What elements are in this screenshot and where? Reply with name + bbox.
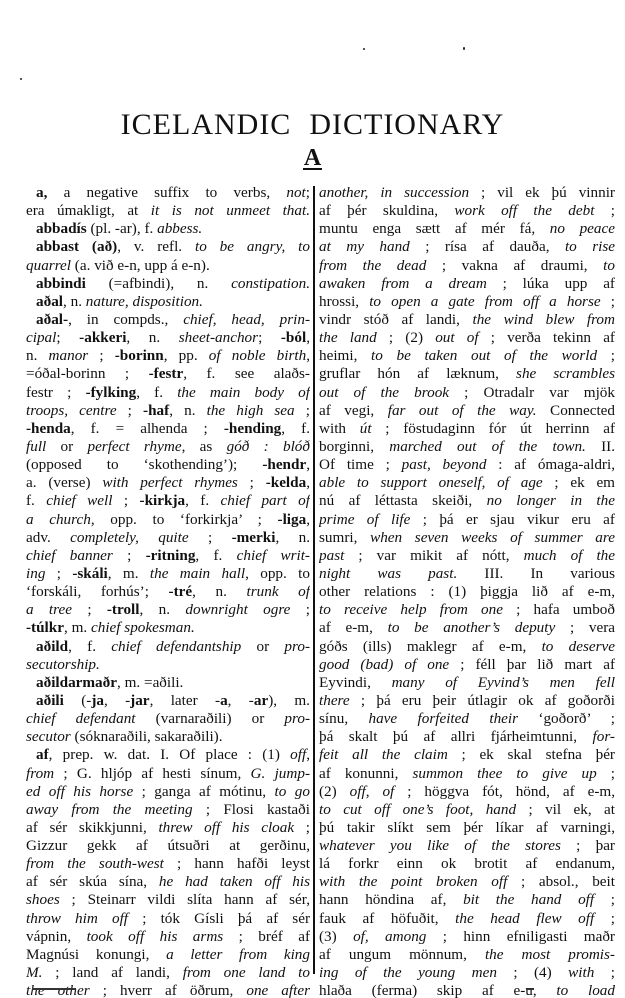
dictionary-line: festr ; -fylking, f. the main body of bbox=[26, 384, 310, 402]
dictionary-line: from the south-west ; hann hafði leyst bbox=[26, 855, 310, 873]
translation: the main hall bbox=[150, 565, 245, 582]
translation: chief, head, prin- bbox=[183, 311, 310, 328]
dictionary-line: at my hand ; rísa af dauða, to rise bbox=[319, 238, 615, 256]
entry-text: , bbox=[306, 474, 310, 491]
entry-text: (- bbox=[64, 692, 91, 709]
translation: góð : blóð bbox=[227, 438, 310, 455]
entry-text: ; bbox=[72, 601, 107, 618]
translation: sheet-anchor bbox=[179, 329, 258, 346]
translation: he had taken off his bbox=[159, 873, 310, 890]
entry-text: , later - bbox=[150, 692, 221, 709]
translation: with the point broken off bbox=[319, 873, 507, 890]
entry-text: ; ganga af mótinu, bbox=[133, 783, 274, 800]
entry-text: ; bbox=[306, 184, 310, 201]
translation: there bbox=[319, 692, 350, 709]
translation: have forfeited their bbox=[368, 710, 518, 727]
entry-text: ; þá er sjau vikur eru af bbox=[410, 511, 615, 528]
dictionary-line: þá skalt þú af allri fjárheimtunni, for- bbox=[319, 728, 615, 746]
translation: to receive help from one bbox=[319, 601, 503, 618]
entry-text: festr ; bbox=[26, 384, 86, 401]
dictionary-line: adv. completely, quite ; -merki, n. bbox=[26, 529, 310, 547]
entry-text: ; (4) bbox=[497, 964, 568, 981]
entry-text: ; ek em bbox=[543, 474, 615, 491]
translation: from the south-west bbox=[26, 855, 164, 872]
translation: prime of life bbox=[319, 511, 410, 528]
entry-text: ; þá eru þeir útlagir ok af goðorði bbox=[350, 692, 615, 709]
dictionary-line: Eyvindi, many of Eyvind’s men fell bbox=[319, 674, 615, 692]
dictionary-line: sínu, have forfeited their ‘goðorð’ ; bbox=[319, 710, 615, 728]
dictionary-line: throw him off ; tók Gísli þá af sér bbox=[26, 910, 310, 928]
page-title: ICELANDICDICTIONARY bbox=[0, 108, 625, 142]
entry-text: gruflar hón af læknum, bbox=[319, 365, 516, 382]
entry-text: , pp. bbox=[164, 347, 209, 364]
headword: a, bbox=[36, 184, 47, 201]
dictionary-line: to cut off one’s foot, hand ; vil ek, at bbox=[319, 801, 615, 819]
entry-text: II. bbox=[586, 438, 615, 455]
dictionary-line: able to support oneself, of age ; ek em bbox=[319, 474, 615, 492]
dictionary-line: ing ; -skáli, m. the main hall, opp. to bbox=[26, 565, 310, 583]
dictionary-line: quarrel (a. við e-n, upp á e-n). bbox=[26, 257, 310, 275]
translation: bit the hand off bbox=[463, 891, 594, 908]
translation: to rise bbox=[565, 238, 615, 255]
translation: for- bbox=[593, 728, 615, 745]
entry-text: ; bbox=[294, 819, 310, 836]
dictionary-line: aðild, f. chief defendantship or pro- bbox=[26, 638, 310, 656]
dictionary-line: from the dead ; vakna af draumi, to bbox=[319, 257, 615, 275]
print-speck bbox=[363, 48, 365, 50]
entry-text: ; bbox=[601, 293, 615, 310]
entry-text: ; (2) bbox=[377, 329, 435, 346]
translation: the main body of bbox=[177, 384, 310, 401]
translation: at my hand bbox=[319, 238, 410, 255]
translation: secutorship. bbox=[26, 656, 100, 673]
entry-text: borginni, bbox=[319, 438, 389, 455]
dictionary-line: hann höndina af, bit the hand off ; bbox=[319, 891, 615, 909]
dictionary-line: fauk af höfuðit, the head flew off ; bbox=[319, 910, 615, 928]
entry-text: , f. bbox=[281, 420, 310, 437]
entry-text: ; höggva fót, hönd, af e-m, bbox=[394, 783, 615, 800]
translation: chief banner bbox=[26, 547, 113, 564]
entry-text: with bbox=[319, 420, 360, 437]
print-speck bbox=[463, 47, 465, 50]
entry-text: ; bbox=[597, 347, 615, 364]
dictionary-line: aðili (-ja, -jar, later -a, -ar), m. bbox=[26, 692, 310, 710]
entry-text: Of time ; bbox=[319, 456, 402, 473]
entry-text: af e-m, bbox=[319, 619, 388, 636]
entry-text: (a. við e-n, upp á e-n). bbox=[71, 257, 210, 274]
footer-mark bbox=[32, 988, 76, 990]
translation: of noble birth bbox=[209, 347, 306, 364]
translation: to bbox=[603, 257, 615, 274]
entry-text: or bbox=[46, 438, 87, 455]
dictionary-line: chief defendant (varnaraðili) or pro- bbox=[26, 710, 310, 728]
entry-text: ; G. hljóp af hesti sínum, bbox=[54, 765, 250, 782]
translation: constipation. bbox=[231, 275, 310, 292]
footer-mark bbox=[526, 988, 534, 990]
entry-text: hlaða (ferma) skip af e-u, bbox=[319, 982, 556, 998]
translation: the high sea bbox=[207, 402, 295, 419]
entry-text: , n. bbox=[275, 529, 310, 546]
entry-text: adv. bbox=[26, 529, 70, 546]
headword: -troll bbox=[107, 601, 140, 618]
translation: completely, quite bbox=[70, 529, 188, 546]
headword: ja bbox=[91, 692, 104, 709]
entry-text: ; tók Gísli þá af sér bbox=[128, 910, 310, 927]
entry-text: Connected bbox=[537, 402, 615, 419]
entry-text: , bbox=[306, 456, 310, 473]
entry-text: , n. bbox=[192, 583, 246, 600]
print-speck bbox=[20, 78, 22, 80]
translation: one after bbox=[246, 982, 310, 998]
dictionary-line: full or perfect rhyme, as góð : blóð bbox=[26, 438, 310, 456]
headword: -liga bbox=[278, 511, 307, 528]
headword: ar bbox=[254, 692, 268, 709]
translation: past, beyond bbox=[402, 456, 487, 473]
left-column: a, a negative suffix to verbs, not;era ú… bbox=[26, 184, 310, 998]
entry-text: ; lúka upp af bbox=[487, 275, 615, 292]
headword: -merki bbox=[232, 529, 276, 546]
entry-text: other relations : (1) þiggja lið af e-m, bbox=[319, 583, 615, 600]
translation: to deserve bbox=[542, 638, 615, 655]
title-word: DICTIONARY bbox=[309, 108, 504, 142]
translation: chief spokesman. bbox=[91, 619, 195, 636]
dictionary-line: af konunni, summon thee to give up ; bbox=[319, 765, 615, 783]
entry-text: hrossi, bbox=[319, 293, 369, 310]
entry-text: (3) bbox=[319, 928, 353, 945]
entry-text: , bbox=[306, 347, 310, 364]
dictionary-line: af, prep. w. dat. I. Of place : (1) off, bbox=[26, 746, 310, 764]
translation: from one land to bbox=[183, 964, 310, 981]
dictionary-line: from ; G. hljóp af hesti sínum, G. jump- bbox=[26, 765, 310, 783]
headword: aðildarmaðr bbox=[36, 674, 117, 691]
translation: work off the debt bbox=[454, 202, 594, 219]
dictionary-line: troops, centre ; -haf, n. the high sea ; bbox=[26, 402, 310, 420]
headword: -skáli bbox=[72, 565, 107, 582]
translation: nature, disposition. bbox=[86, 293, 203, 310]
entry-text: n. bbox=[26, 347, 49, 364]
dictionary-line: gruflar hón af læknum, she scrambles bbox=[319, 365, 615, 383]
entry-text: af þér skuldina, bbox=[319, 202, 454, 219]
translation: awaken from a dream bbox=[319, 275, 487, 292]
translation: marched out of the town. bbox=[389, 438, 586, 455]
headword: -kelda bbox=[266, 474, 307, 491]
dictionary-line: abbast (að), v. refl. to be angry, to bbox=[26, 238, 310, 256]
dictionary-line: Magnúsi konungi, a letter from king bbox=[26, 946, 310, 964]
entry-text: , f. see alaðs- bbox=[183, 365, 310, 382]
translation: good (bad) of one bbox=[319, 656, 449, 673]
entry-text: ), m. bbox=[268, 692, 310, 709]
translation: of, among bbox=[353, 928, 426, 945]
entry-text: , f. bbox=[195, 547, 236, 564]
dictionary-line: Of time ; past, beyond : af ómaga-aldri, bbox=[319, 456, 615, 474]
entry-text: ; bbox=[594, 964, 615, 981]
dictionary-line: aðal, n. nature, disposition. bbox=[26, 293, 310, 311]
entry-text: ; hann hafði leyst bbox=[164, 855, 310, 872]
translation: G. jump- bbox=[251, 765, 310, 782]
entry-text: vápnin, bbox=[26, 928, 87, 945]
translation: the other bbox=[26, 982, 90, 998]
translation: off bbox=[290, 746, 306, 763]
entry-text: ; bbox=[295, 402, 310, 419]
headword: -henda bbox=[26, 420, 71, 437]
dictionary-line: -túlkr, m. chief spokesman. bbox=[26, 619, 310, 637]
dictionary-line: sumri, when seven weeks of summer are bbox=[319, 529, 615, 547]
entry-text: a. (verse) bbox=[26, 474, 102, 491]
dictionary-line: abbindi (=afbindi), n. constipation. bbox=[26, 275, 310, 293]
entry-text: (2) bbox=[319, 783, 350, 800]
entry-text: , in compds., bbox=[68, 311, 183, 328]
entry-text: ; föstudaginn fór út herrinn af bbox=[372, 420, 615, 437]
translation: not bbox=[286, 184, 305, 201]
entry-text: Eyvindi, bbox=[319, 674, 392, 691]
section-letter: A bbox=[303, 148, 322, 170]
dictionary-line: af sér skikkjunni, threw off his cloak ; bbox=[26, 819, 310, 837]
entry-text: (sóknaraðili, sakaraðili). bbox=[71, 728, 223, 745]
dictionary-line: af þér skuldina, work off the debt ; bbox=[319, 202, 615, 220]
headword: -túlkr bbox=[26, 619, 64, 636]
dictionary-line: =óðal-borinn ; -festr, f. see alaðs- bbox=[26, 365, 310, 383]
dictionary-line: cipal; -akkeri, n. sheet-anchor; -ból, bbox=[26, 329, 310, 347]
translation: troops, centre bbox=[26, 402, 117, 419]
dictionary-line: shoes ; Steinarr vildi slíta hann af sér… bbox=[26, 891, 310, 909]
entry-text: ; féll þar lið mart af bbox=[449, 656, 615, 673]
dictionary-line: prime of life ; þá er sjau vikur eru af bbox=[319, 511, 615, 529]
entry-text: þú takir slíkt sem þér líkar af varningi… bbox=[319, 819, 615, 836]
translation: secutor bbox=[26, 728, 71, 745]
headword: aðal- bbox=[36, 311, 68, 328]
dictionary-line: (opposed to ‘skothending’); -hendr, bbox=[26, 456, 310, 474]
entry-text: góðs (ills) maklegr af e-m, bbox=[319, 638, 542, 655]
dictionary-line: vindr stóð af landi, the wind blew from bbox=[319, 311, 615, 329]
translation: a letter from king bbox=[166, 946, 310, 963]
translation: throw him off bbox=[26, 910, 128, 927]
translation: whatever you like of the stores bbox=[319, 837, 561, 854]
entry-text: (varnaraðili) or bbox=[136, 710, 285, 727]
entry-text: ; bréf af bbox=[223, 928, 310, 945]
headword: aðild bbox=[36, 638, 68, 655]
translation: quarrel bbox=[26, 257, 71, 274]
dictionary-line: nú af léttasta skeiði, no longer in the bbox=[319, 492, 615, 510]
entry-text: ; absol., beit bbox=[507, 873, 615, 890]
entry-text: : af ómaga-aldri, bbox=[486, 456, 615, 473]
entry-text: ; ek skal stefna þér bbox=[448, 746, 615, 763]
translation: chief writ- bbox=[237, 547, 310, 564]
translation: the most promis- bbox=[485, 946, 615, 963]
entry-text: muntu enga sætt af mér fá, bbox=[319, 220, 550, 237]
entry-text: , bbox=[306, 511, 310, 528]
dictionary-line: a church, opp. to ‘forkirkja’ ; -liga, bbox=[26, 511, 310, 529]
headword: -hending bbox=[224, 420, 281, 437]
dictionary-line: ‘forskáli, forhús’; -tré, n. trunk of bbox=[26, 583, 310, 601]
entry-text: ; bbox=[594, 891, 615, 908]
entry-text: a negative suffix to verbs, bbox=[47, 184, 286, 201]
translation: perfect rhyme bbox=[87, 438, 181, 455]
dictionary-line: (3) of, among ; hinn efniligasti maðr bbox=[319, 928, 615, 946]
translation: another, in succession bbox=[319, 184, 469, 201]
dictionary-line: a tree ; -troll, n. downright ogre ; bbox=[26, 601, 310, 619]
headword: aðal bbox=[36, 293, 63, 310]
entry-text: heimi, bbox=[319, 347, 371, 364]
dictionary-line: secutor (sóknaraðili, sakaraðili). bbox=[26, 728, 310, 746]
translation: from bbox=[26, 765, 54, 782]
entry-text: , m. =aðili. bbox=[117, 674, 183, 691]
entry-text: ; bbox=[258, 329, 281, 346]
entry-text: af vegi, bbox=[319, 402, 388, 419]
translation: to open a gate from off a horse bbox=[369, 293, 600, 310]
translation: threw off his cloak bbox=[158, 819, 294, 836]
translation: chief defendant bbox=[26, 710, 136, 727]
headword: aðili bbox=[36, 692, 64, 709]
dictionary-line: the other ; hverr af öðrum, one after bbox=[26, 982, 310, 998]
entry-text: vindr stóð af landi, bbox=[319, 311, 472, 328]
entry-text: ; hverr af öðrum, bbox=[90, 982, 247, 998]
headword: -tré bbox=[169, 583, 193, 600]
dictionary-line: out of the brook ; Otradalr var mjök bbox=[319, 384, 615, 402]
entry-text: , n. bbox=[169, 402, 206, 419]
translation: the wind blew from bbox=[472, 311, 615, 328]
translation: a church bbox=[26, 511, 91, 528]
entry-text: , opp. to bbox=[245, 565, 310, 582]
dictionary-line: past ; var mikit af nótt, much of the bbox=[319, 547, 615, 565]
headword: -haf bbox=[143, 402, 169, 419]
dictionary-line: other relations : (1) þiggja lið af e-m, bbox=[319, 583, 615, 601]
entry-text: =óðal-borinn ; bbox=[26, 365, 149, 382]
entry-text: þá skalt þú af allri fjárheimtunni, bbox=[319, 728, 593, 745]
translation: ing of the young men bbox=[319, 964, 497, 981]
headword: -fylking bbox=[86, 384, 137, 401]
entry-text: ; vera bbox=[555, 619, 615, 636]
dictionary-line: n. manor ; -borinn, pp. of noble birth, bbox=[26, 347, 310, 365]
dictionary-line: (2) off, of ; höggva fót, hönd, af e-m, bbox=[319, 783, 615, 801]
entry-text: (=afbindi), n. bbox=[86, 275, 231, 292]
translation: to go bbox=[275, 783, 310, 800]
dictionary-line: good (bad) of one ; féll þar lið mart af bbox=[319, 656, 615, 674]
dictionary-line: awaken from a dream ; lúka upp af bbox=[319, 275, 615, 293]
translation: it is not unmeet that. bbox=[151, 202, 310, 219]
entry-text: ; bbox=[88, 347, 115, 364]
headword: a bbox=[220, 692, 228, 709]
entry-text: Magnúsi konungi, bbox=[26, 946, 166, 963]
entry-text: fauk af höfuðit, bbox=[319, 910, 455, 927]
entry-text: (pl. -ar), f. bbox=[87, 220, 157, 237]
translation: the head flew off bbox=[455, 910, 594, 927]
entry-text: hann höndina af, bbox=[319, 891, 463, 908]
translation: abbess. bbox=[157, 220, 202, 237]
translation: to be taken out of the world bbox=[371, 347, 597, 364]
translation: summon thee to give up bbox=[412, 765, 596, 782]
dictionary-line: ing of the young men ; (4) with ; bbox=[319, 964, 615, 982]
headword: jar bbox=[130, 692, 149, 709]
entry-text: , as bbox=[182, 438, 227, 455]
entry-text: ; bbox=[56, 329, 79, 346]
entry-text: ‘goðorð’ ; bbox=[518, 710, 615, 727]
entry-text: ; bbox=[113, 492, 140, 509]
dictionary-line: night was past. III. In various bbox=[319, 565, 615, 583]
translation: away from the meeting bbox=[26, 801, 193, 818]
dictionary-line: þú takir slíkt sem þér líkar af varningi… bbox=[319, 819, 615, 837]
translation: able to support oneself, of age bbox=[319, 474, 543, 491]
entry-text: f. bbox=[26, 492, 46, 509]
dictionary-line: f. chief well ; -kirkja, f. chief part o… bbox=[26, 492, 310, 510]
translation: pro- bbox=[284, 710, 310, 727]
headword: abbast (að) bbox=[36, 238, 117, 255]
dictionary-line: ed off his horse ; ganga af mótinu, to g… bbox=[26, 783, 310, 801]
entry-text: ; bbox=[594, 202, 615, 219]
column-divider bbox=[313, 186, 315, 974]
dictionary-line: abbadís (pl. -ar), f. abbess. bbox=[26, 220, 310, 238]
translation: chief defendantship bbox=[111, 638, 241, 655]
entry-text: lá forkr einn ok brotit af endanum, bbox=[319, 855, 615, 872]
entry-text: , bbox=[306, 746, 310, 763]
dictionary-line: borginni, marched out of the town. II. bbox=[319, 438, 615, 456]
dictionary-line: heimi, to be taken out of the world ; bbox=[319, 347, 615, 365]
entry-text: Gizzur gekk af útsuðri at gerðinu, bbox=[26, 837, 310, 854]
translation: a tree bbox=[26, 601, 72, 618]
entry-text: af ungum mönnum, bbox=[319, 946, 485, 963]
entry-text: ; var mikit af nótt, bbox=[344, 547, 523, 564]
entry-text: ; bbox=[597, 765, 615, 782]
translation: no longer in the bbox=[487, 492, 615, 509]
dictionary-line: aðildarmaðr, m. =aðili. bbox=[26, 674, 310, 692]
translation: when seven weeks of summer are bbox=[370, 529, 615, 546]
entry-text: sumri, bbox=[319, 529, 370, 546]
entry-text: sínu, bbox=[319, 710, 368, 727]
dictionary-line: hrossi, to open a gate from off a horse … bbox=[319, 293, 615, 311]
translation: manor bbox=[49, 347, 89, 364]
entry-text: ; bbox=[113, 547, 146, 564]
translation: she scrambles bbox=[516, 365, 615, 382]
dictionary-line: whatever you like of the stores ; þar bbox=[319, 837, 615, 855]
headword: -kirkja bbox=[140, 492, 186, 509]
entry-text: ; hafa umboð bbox=[503, 601, 615, 618]
translation: to be angry, to bbox=[195, 238, 310, 255]
translation: no peace bbox=[550, 220, 615, 237]
entry-text: af sér skúa sína, bbox=[26, 873, 159, 890]
headword: -festr bbox=[149, 365, 184, 382]
dictionary-line: with út ; föstudaginn fór út herrinn af bbox=[319, 420, 615, 438]
section-letter-heading: A bbox=[0, 145, 625, 172]
entry-text: , opp. to ‘forkirkja’ ; bbox=[91, 511, 278, 528]
dictionary-line: to receive help from one ; hafa umboð bbox=[319, 601, 615, 619]
headword: -hendr bbox=[262, 456, 306, 473]
entry-text: ; vil ek þú vinnir bbox=[469, 184, 615, 201]
translation: the land bbox=[319, 329, 377, 346]
dictionary-line: Gizzur gekk af útsuðri at gerðinu, bbox=[26, 837, 310, 855]
dictionary-line: af sér skúa sína, he had taken off his bbox=[26, 873, 310, 891]
entry-text: nú af léttasta skeiði, bbox=[319, 492, 487, 509]
dictionary-line: another, in succession ; vil ek þú vinni… bbox=[319, 184, 615, 202]
entry-text: ; Steinarr vildi slíta hann af sér, bbox=[60, 891, 310, 908]
dictionary-line: vápnin, took off his arms ; bréf af bbox=[26, 928, 310, 946]
translation: ed off his horse bbox=[26, 783, 133, 800]
translation: night was past. bbox=[319, 565, 457, 582]
right-column: another, in succession ; vil ek þú vinni… bbox=[319, 184, 615, 998]
translation: many of Eyvind’s men fell bbox=[392, 674, 615, 691]
entry-text: or bbox=[241, 638, 284, 655]
translation: ing bbox=[26, 565, 45, 582]
translation: to be another’s deputy bbox=[388, 619, 556, 636]
entry-text: ; bbox=[189, 529, 232, 546]
entry-text: , prep. w. dat. I. Of place : (1) bbox=[49, 746, 291, 763]
translation: out of the brook bbox=[319, 384, 449, 401]
dictionary-line: era úmakligt, at it is not unmeet that. bbox=[26, 202, 310, 220]
dictionary-line: muntu enga sætt af mér fá, no peace bbox=[319, 220, 615, 238]
entry-text: ; verða tekinn af bbox=[479, 329, 615, 346]
dictionary-line: feit all the claim ; ek skal stefna þér bbox=[319, 746, 615, 764]
entry-text: ; bbox=[117, 402, 143, 419]
entry-text: ; bbox=[290, 601, 310, 618]
translation: shoes bbox=[26, 891, 60, 908]
